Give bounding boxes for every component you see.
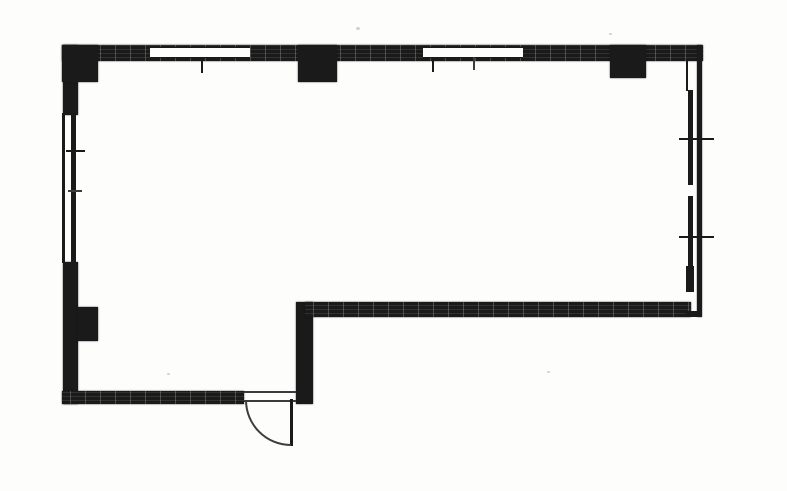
window-top-left — [150, 47, 250, 58]
right-wall-tick-1 — [679, 138, 714, 140]
scan-speck — [167, 373, 170, 375]
column-top-middle — [298, 45, 337, 82]
door-swing-arc — [245, 400, 291, 446]
left-window-tick-2 — [68, 190, 82, 192]
right-wall-bottom-foot — [686, 311, 702, 317]
window-mullion-tick-1 — [201, 57, 203, 73]
right-wall-tick-2 — [679, 236, 714, 238]
right-window-channel-line — [686, 58, 688, 91]
bottom-left-wall — [62, 391, 244, 404]
scan-speck — [609, 33, 612, 35]
left-wall-lower — [63, 262, 78, 404]
scan-speck — [356, 27, 360, 30]
window-mullion-tick-3 — [473, 57, 475, 70]
column-top-left — [62, 45, 98, 82]
right-wall-inner-seg-c — [686, 266, 694, 292]
right-wall-inner-seg-b — [688, 196, 693, 270]
column-top-right — [610, 45, 646, 78]
window-mullion-tick-2 — [432, 57, 434, 72]
left-window-outer-line — [62, 113, 65, 263]
right-wall-outer-line — [697, 45, 702, 317]
floor-plan — [0, 0, 787, 491]
middle-vertical-wall — [296, 302, 313, 404]
right-section-bottom-wall — [305, 302, 691, 317]
column-left-bottom — [78, 307, 98, 341]
door-threshold-top-line — [244, 391, 296, 393]
left-window-tick-1 — [66, 150, 85, 152]
scan-speck — [547, 371, 550, 373]
left-window-inner-line — [71, 113, 76, 263]
